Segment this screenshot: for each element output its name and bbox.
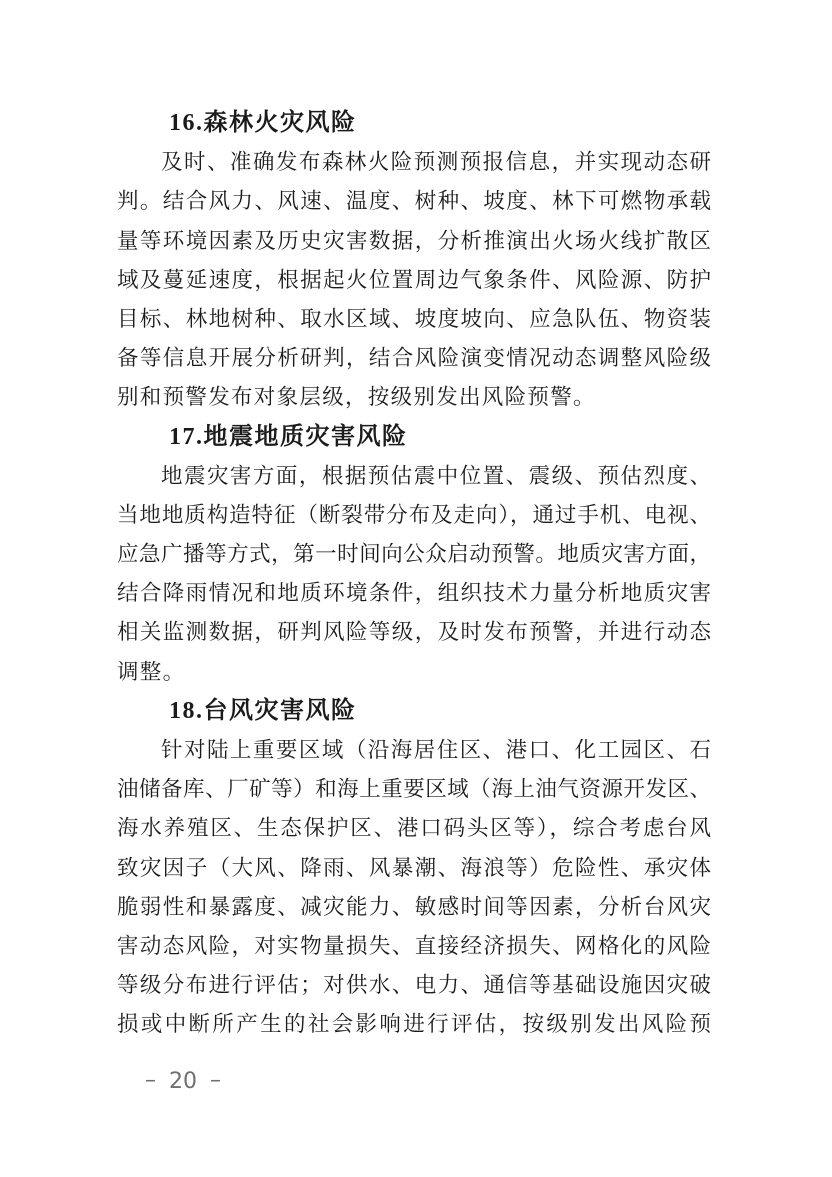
text-line: 量等环境因素及历史灾害数据，分析推演出火场火线扩散区 bbox=[117, 222, 711, 261]
text-line: 调整。 bbox=[117, 653, 711, 692]
text-line: 脆弱性和暴露度、减灾能力、敏感时间等因素，分析台风灾 bbox=[117, 888, 711, 927]
text-line: 当地地质构造特征（断裂带分布及走向），通过手机、电视、 bbox=[117, 496, 711, 535]
text-line: 等级分布进行评估；对供水、电力、通信等基础设施因灾破 bbox=[117, 966, 711, 1005]
text-line: 别和预警发布对象层级，按级别发出风险预警。 bbox=[117, 378, 711, 417]
document-page: 16.森林火灾风险及时、准确发布森林火险预测预报信息，并实现动态研判。结合风力、… bbox=[0, 0, 832, 1177]
text-line: 油储备库、厂矿等）和海上重要区域（海上油气资源开发区、 bbox=[117, 770, 711, 809]
text-line: 地震灾害方面，根据预估震中位置、震级、预估烈度、 bbox=[117, 457, 711, 496]
text-line: 判。结合风力、风速、温度、树种、坡度、林下可燃物承载 bbox=[117, 182, 711, 221]
text-line: 损或中断所产生的社会影响进行评估，按级别发出风险预 bbox=[117, 1005, 711, 1044]
text-line: 应急广播等方式，第一时间向公众启动预警。地质灾害方面， bbox=[117, 535, 711, 574]
text-line: 结合降雨情况和地质环境条件，组织技术力量分析地质灾害 bbox=[117, 574, 711, 613]
text-line: 目标、林地树种、取水区域、坡度坡向、应急队伍、物资装 bbox=[117, 300, 711, 339]
section-heading-17: 17.地震地质灾害风险 bbox=[117, 418, 711, 457]
text-line: 针对陆上重要区域（沿海居住区、港口、化工园区、石 bbox=[117, 731, 711, 770]
text-line: 相关监测数据，研判风险等级，及时发布预警，并进行动态 bbox=[117, 613, 711, 652]
page-number: 20 bbox=[169, 1069, 197, 1095]
text-line: 备等信息开展分析研判，结合风险演变情况动态调整风险级 bbox=[117, 339, 711, 378]
document-body: 16.森林火灾风险及时、准确发布森林火险预测预报信息，并实现动态研判。结合风力、… bbox=[117, 104, 711, 1045]
footer-dash-right: – bbox=[210, 1068, 221, 1094]
text-line: 害动态风险，对实物量损失、直接经济损失、网格化的风险 bbox=[117, 927, 711, 966]
text-line: 致灾因子（大风、降雨、风暴潮、海浪等）危险性、承灾体 bbox=[117, 849, 711, 888]
text-line: 及时、准确发布森林火险预测预报信息，并实现动态研 bbox=[117, 143, 711, 182]
footer-dash-left: – bbox=[145, 1068, 156, 1094]
text-line: 海水养殖区、生态保护区、港口码头区等），综合考虑台风 bbox=[117, 809, 711, 848]
section-heading-16: 16.森林火灾风险 bbox=[117, 104, 711, 143]
page-footer: – 20 – bbox=[145, 1069, 221, 1095]
section-heading-18: 18.台风灾害风险 bbox=[117, 692, 711, 731]
text-line: 域及蔓延速度，根据起火位置周边气象条件、风险源、防护 bbox=[117, 261, 711, 300]
